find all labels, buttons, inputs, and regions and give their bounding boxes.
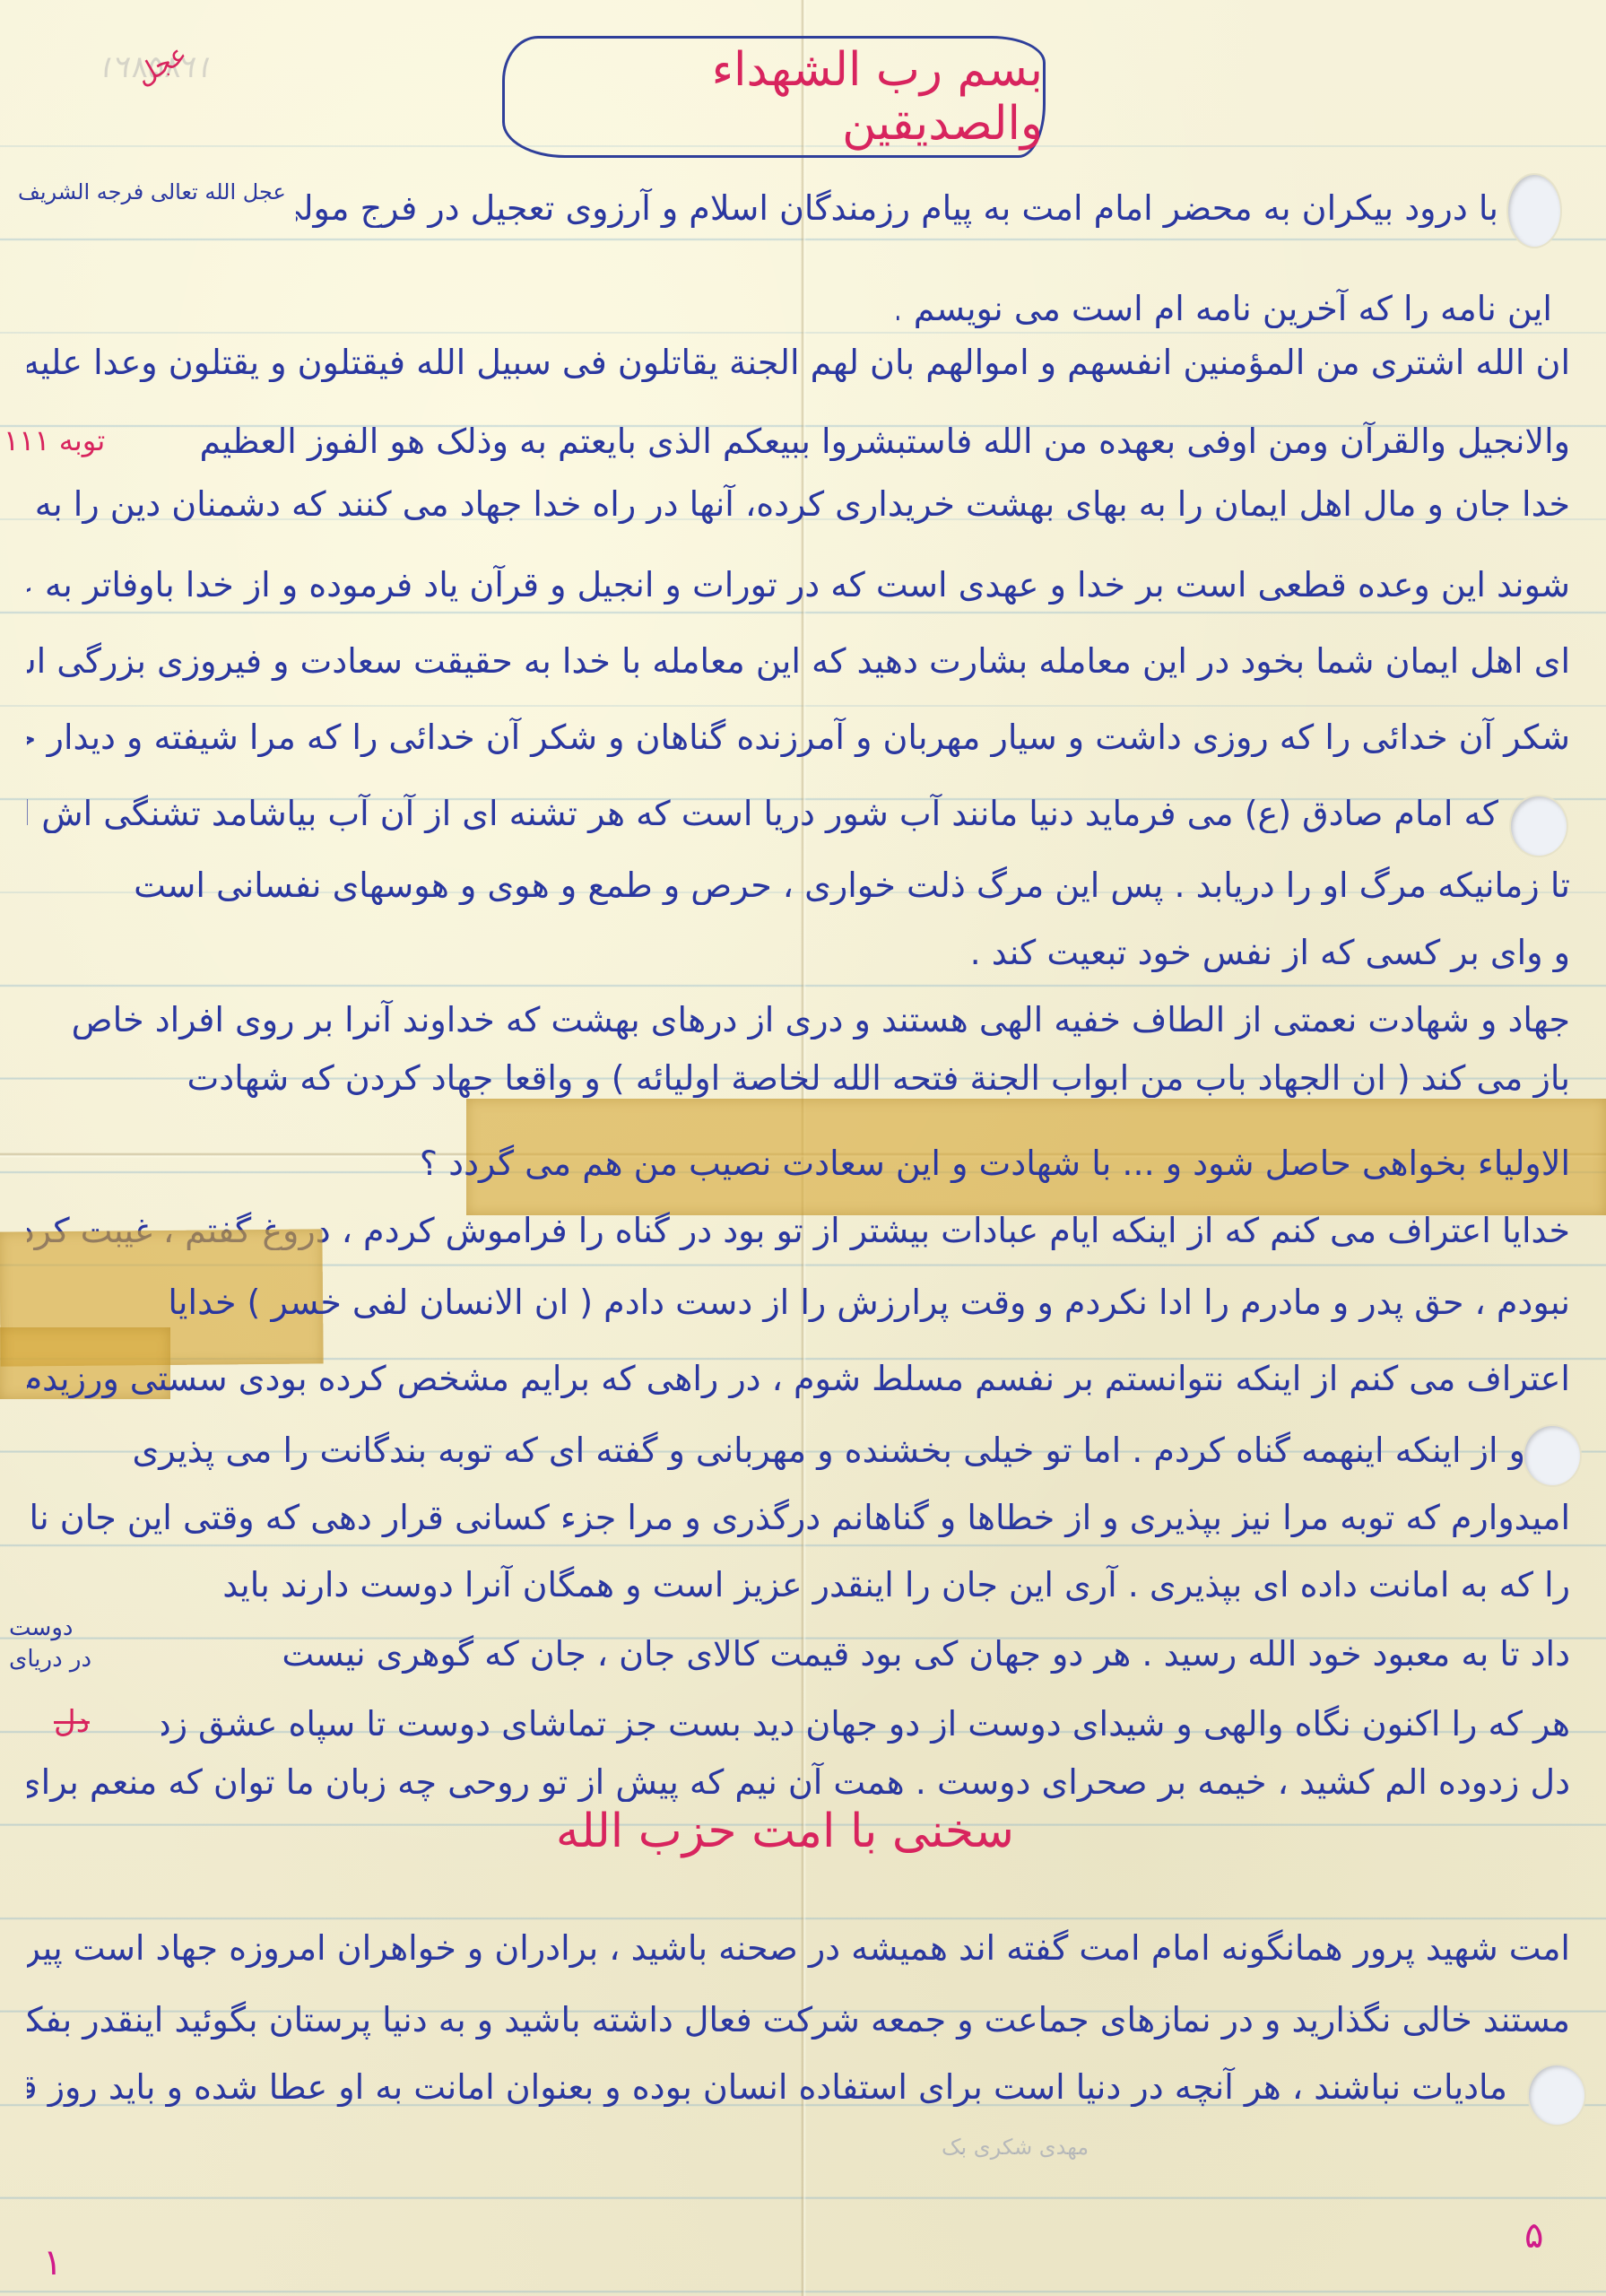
letter-page: ۱۲۸۵۸۲۱ عجل بسم رب الشهداء والصدیقین عجل… xyxy=(0,0,1606,2296)
text-line-8: شکر آن خدائی را که روزی داشت و سیار مهرب… xyxy=(27,717,1570,757)
text-line-12: جهاد و شهادت نعمتی از الطاف خفیه الهی هس… xyxy=(27,1000,1570,1039)
text-line-2: این نامه را که آخرین نامه ام است می نویس… xyxy=(897,289,1552,328)
text-line-19: امیدوارم که توبه مرا نیز بپذیری و از خطا… xyxy=(27,1498,1570,1537)
text-line-14: الاولیاء بخواهی حاصل شود و ... با شهادت … xyxy=(27,1144,1570,1183)
text-line-18: و از اینکه اینهمه گناه کردم . اما تو خیل… xyxy=(27,1431,1525,1470)
final-line-2: مستند خالی نگذارید و در نمازهای جماعت و … xyxy=(27,2000,1570,2039)
final-line-3: مادیات نباشند ، هر آنچه در دنیا است برای… xyxy=(27,2067,1507,2107)
text-line-21: داد تا به معبود خود الله رسید . هر دو جه… xyxy=(179,1634,1570,1674)
text-line-1: با درود بیکران به محضر امام امت به پیام … xyxy=(296,188,1498,228)
margin-note-left-1: دوست xyxy=(9,1614,73,1641)
text-line-7: ای اهل ایمان شما بخود در این معامله بشار… xyxy=(27,641,1570,681)
text-line-13: باز می کند ( ان الجهاد باب من ابواب الجن… xyxy=(27,1058,1570,1098)
text-line-22: هر که را اکنون نگاه والهی و شیدای دوست ا… xyxy=(161,1704,1570,1744)
text-line-4: والانجیل والقرآن ومن اوفی بعهده من الله … xyxy=(99,422,1570,461)
page-number-left: ۱ xyxy=(43,2242,62,2283)
punch-hole xyxy=(1529,2066,1584,2125)
text-line-20: را که به امانت داده ای بپذیری . آری این … xyxy=(27,1565,1570,1605)
text-line-5: خدا جان و مال اهل ایمان را به بهای بهشت … xyxy=(27,484,1570,524)
text-line-3: ان الله اشتری من المؤمنین انفسهم و اموال… xyxy=(27,343,1570,382)
top-left-annotation: عجل الله تعالی فرجه الشریف xyxy=(18,179,286,204)
punch-hole xyxy=(1524,1426,1580,1485)
punch-hole xyxy=(1511,796,1567,856)
section-heading: سخنی با امت حزب الله xyxy=(556,1805,1014,1858)
text-line-6: شوند این وعده قطعی است بر خدا و عهدی است… xyxy=(27,565,1570,604)
text-line-17: اعتراف می کنم از اینکه نتوانستم بر نفسم … xyxy=(27,1359,1570,1398)
final-line-1: امت شهید پرور همانگونه امام امت گفته اند… xyxy=(27,1928,1570,1968)
text-line-10: تا زمانیکه مرگ او را دریابد . پس این مرگ… xyxy=(27,865,1570,905)
title-cartouche: بسم رب الشهداء والصدیقین xyxy=(502,36,1046,158)
text-line-16: نبودم ، حق پدر و مادرم را ادا نکردم و وق… xyxy=(27,1283,1570,1322)
faint-signature: مهدی شکری بک xyxy=(942,2135,1089,2160)
text-line-23: دل زدوده الم کشید ، خیمه بر صحرای دوست .… xyxy=(27,1762,1570,1802)
page-title: بسم رب الشهداء والصدیقین xyxy=(505,43,1043,151)
page-number-right: ۵ xyxy=(1524,2215,1543,2257)
text-line-11: و وای بر کسی که از نفس خود تبعیت کند . xyxy=(807,933,1570,972)
punch-hole xyxy=(1508,175,1560,247)
quran-reference: توبه ۱۱۱ xyxy=(4,423,105,457)
struck-margin-note: دل xyxy=(54,1704,90,1740)
text-line-9: که امام صادق (ع) می فرماید دنیا مانند آب… xyxy=(27,794,1498,833)
margin-note-left-2: در دریای xyxy=(9,1646,91,1673)
